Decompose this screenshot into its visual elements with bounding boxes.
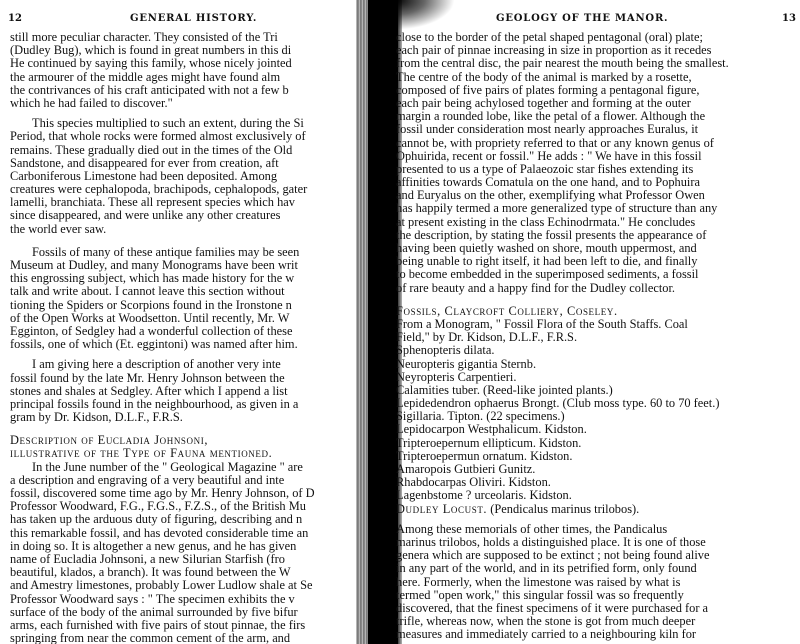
paragraph: In the June number of the " Geological M… [10, 461, 315, 644]
text-line: cannot be, with propriety referred to th… [396, 137, 729, 150]
text-line: the contrivances of his craft anticipate… [10, 84, 315, 97]
right-running-head: GEOLOGY OF THE MANOR. [496, 13, 668, 24]
list-item: Sphenopteris dilata. [396, 344, 729, 357]
text-line: fossil found by the late Mr. Henry Johns… [10, 372, 315, 385]
text-line: this remarkable fossil, and has devoted … [10, 527, 315, 540]
text-line: and Amestry limestones, probably Lower L… [10, 579, 315, 592]
list-item: Neyropteris Carpentieri. [396, 371, 729, 384]
text-line: in any part of the world, and in its pet… [396, 562, 729, 575]
paragraph: Among these memorials of other times, th… [396, 523, 729, 642]
list-item: Neuropteris gigantia Sternb. [396, 358, 729, 371]
text-line: which he had failed to discover." [10, 97, 315, 110]
text-line: the world ever saw. [10, 223, 315, 236]
text-line: here. Formerly, when the limestone was r… [396, 576, 729, 589]
text-line: in doing so. It is altogether a new genu… [10, 540, 315, 553]
text-line: fossils, one of which (Et. eggintoni) wa… [10, 338, 315, 351]
section-heading: Description of Eucladia Johnsoni, illust… [10, 434, 315, 460]
text-line: He continued by saying this family, whos… [10, 57, 315, 70]
text-line: Ophuirida, recent or fossil." He adds : … [396, 150, 729, 163]
text-line: measures and immediately carried to a ne… [396, 628, 729, 641]
fossils-heading: Fossils, Claycroft Colliery, Coseley. [396, 305, 729, 318]
text-line: the armourer of the middle ages might ha… [10, 71, 315, 84]
text-line: Among these memorials of other times, th… [396, 523, 729, 536]
left-page-number: 12 [8, 13, 22, 24]
text-line: talk and write about. I cannot leave thi… [10, 285, 315, 298]
text-line: since disappeared, and were unlike any o… [10, 209, 315, 222]
fossil-list: Sphenopteris dilata. Neuropteris giganti… [396, 344, 729, 502]
list-item: Tripteroepernum ellipticum. Kidston. [396, 437, 729, 450]
paragraph: I am giving here a description of anothe… [10, 358, 315, 424]
text-line: remains. These gradually died out in the… [10, 144, 315, 157]
text-line: to become embedded in the superimposed s… [396, 268, 729, 281]
right-page: GEOLOGY OF THE MANOR. 13 close to the bo… [392, 0, 800, 644]
text-line: has happily termed a more generalized ty… [396, 202, 729, 215]
text-line: surface of the body of the animal surrou… [10, 606, 315, 619]
dudley-locust-text: (Pendicalus marinus trilobos). [490, 502, 639, 516]
right-body-text: close to the border of the petal shaped … [396, 31, 729, 641]
paragraph: This species multiplied to such an exten… [10, 117, 315, 236]
text-line: springing from near the common cement of… [10, 632, 315, 644]
text-line: from the central disc, the pair nearest … [396, 57, 729, 70]
text-line: Professor Woodward says : " The specimen… [10, 593, 315, 606]
paragraph: still more peculiar character. They cons… [10, 31, 315, 110]
text-line: tioning the Spiders or Scorpions found i… [10, 299, 315, 312]
text-line: termed "open work," this singular fossil… [396, 589, 729, 602]
list-item: Lepidocarpon Westphalicum. Kidston. [396, 423, 729, 436]
text-line: has taken up the arduous duty of figurin… [10, 513, 315, 526]
text-line: composed of five pairs of plates forming… [396, 84, 729, 97]
dudley-locust-entry: Dudley Locust. (Pendicalus marinus trilo… [396, 503, 729, 516]
dudley-locust-label: Dudley Locust. [396, 502, 487, 516]
text-line: I am giving here a description of anothe… [10, 358, 315, 371]
section-heading-line: illustrative of the Type of Fauna mentio… [10, 447, 315, 460]
paragraph: close to the border of the petal shaped … [396, 31, 729, 295]
text-line: In the June number of the " Geological M… [10, 461, 315, 474]
paragraph: Fossils of many of these antique familie… [10, 246, 315, 352]
text-line: Sandstone, and disappeared for ever from… [10, 157, 315, 170]
text-line: of the Open Works at Woodsetton. Until r… [10, 312, 315, 325]
text-line: of rare beauty and a happy find for the … [396, 282, 729, 295]
left-running-head: GENERAL HISTORY. [130, 13, 257, 24]
text-line: Period, that whole rocks were formed alm… [10, 130, 315, 143]
text-line: gram by Dr. Kidson, D.L.F., F.R.S. [10, 411, 315, 424]
text-line: stones and shales at Sedgley. After whic… [10, 385, 315, 398]
text-line: The centre of the body of the animal is … [396, 71, 729, 84]
right-page-number: 13 [782, 13, 796, 24]
left-body-text: still more peculiar character. They cons… [10, 31, 315, 644]
left-page: 12 GENERAL HISTORY. still more peculiar … [0, 0, 372, 644]
text-line: fossil under consideration most nearly a… [396, 123, 729, 136]
text-line: at present existing in the class Echinod… [396, 216, 729, 229]
